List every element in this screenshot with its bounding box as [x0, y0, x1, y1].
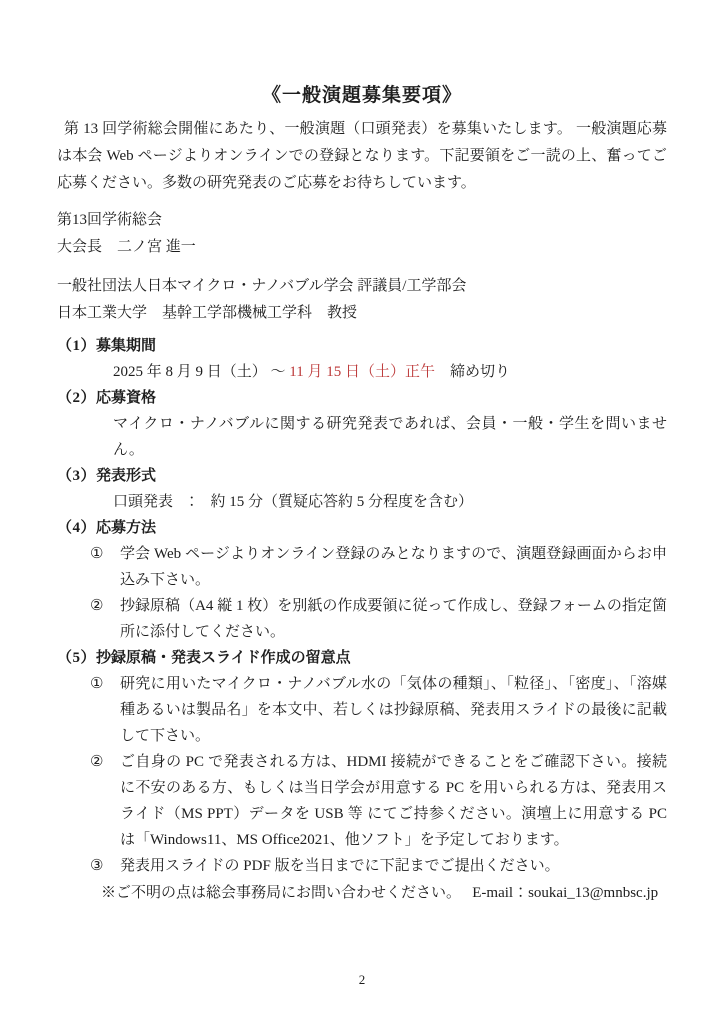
section-body: 2025 年 8 月 9 日（土） ～ 11 月 15 日（土）正午 締め切り [57, 359, 667, 385]
item-marker: ② [90, 749, 120, 853]
item-marker: ① [90, 541, 120, 593]
item-text: 研究に用いたマイクロ・ナノバブル水の「気体の種類」、「粒径」、「密度」、「溶媒種… [120, 671, 667, 749]
list-item: ② 抄録原稿（A4 縦 1 枚）を別紙の作成要領に従って作成し、登録フォームの指… [57, 593, 667, 645]
section-body: 口頭発表 ： 約 15 分（質疑応答約 5 分程度を含む） [57, 489, 667, 515]
section-application-method: （4）応募方法 ① 学会 Web ページよりオンライン登録のみとなりますので、演… [57, 515, 667, 645]
section-number: （1） [57, 338, 96, 354]
section-number: （5） [57, 650, 96, 666]
item-text: ご自身の PC で発表される方は、HDMI 接続ができることをご確認下さい。接続… [120, 749, 667, 853]
item-marker: ① [90, 671, 120, 749]
list-item: ① 学会 Web ページよりオンライン登録のみとなりますので、演題登録画面からお… [57, 541, 667, 593]
item-text: 学会 Web ページよりオンライン登録のみとなりますので、演題登録画面からお申込… [120, 541, 667, 593]
document-page: 《一般演題募集要項》 第 13 回学術総会開催にあたり、一般演題（口頭発表）を募… [0, 0, 724, 1024]
organizer-event: 第13回学術総会 [57, 207, 667, 234]
deadline-highlight: 11 月 15 日（土）正午 [289, 364, 435, 380]
list-item: ② ご自身の PC で発表される方は、HDMI 接続ができることをご確認下さい。… [57, 749, 667, 853]
organizer-block: 第13回学術総会 大会長 二ノ宮 進一 一般社団法人日本マイクロ・ナノバブル学会… [57, 207, 667, 327]
section-heading-label: 応募資格 [96, 390, 156, 406]
section-manuscript-notes: （5）抄録原稿・発表スライド作成の留意点 ① 研究に用いたマイクロ・ナノバブル水… [57, 645, 667, 879]
section-number: （4） [57, 520, 96, 536]
section-body: マイクロ・ナノバブルに関する研究発表であれば、会員・一般・学生を問いません。 [57, 411, 667, 463]
section-heading: （2）応募資格 [57, 385, 667, 411]
section-presentation-format: （3）発表形式 口頭発表 ： 約 15 分（質疑応答約 5 分程度を含む） [57, 463, 667, 515]
contact-note: ※ご不明の点は総会事務局にお問い合わせください。 E-mail：soukai_1… [57, 880, 667, 906]
deadline-suffix: 締め切り [435, 364, 510, 380]
section-number: （3） [57, 468, 96, 484]
item-text: 発表用スライドの PDF 版を当日までに下記までご提出ください。 [120, 853, 667, 879]
page-number: 2 [0, 972, 724, 988]
spacer [57, 261, 667, 273]
list-item: ① 研究に用いたマイクロ・ナノバブル水の「気体の種類」、「粒径」、「密度」、「溶… [57, 671, 667, 749]
sections-block: （1）募集期間 2025 年 8 月 9 日（土） ～ 11 月 15 日（土）… [57, 333, 667, 906]
section-heading: （4）応募方法 [57, 515, 667, 541]
section-heading: （3）発表形式 [57, 463, 667, 489]
section-heading-label: 発表形式 [96, 468, 156, 484]
period-start-text: 2025 年 8 月 9 日（土） ～ [113, 364, 289, 380]
section-heading-label: 抄録原稿・発表スライド作成の留意点 [96, 650, 351, 666]
item-text: 抄録原稿（A4 縦 1 枚）を別紙の作成要領に従って作成し、登録フォームの指定箇… [120, 593, 667, 645]
intro-paragraph: 第 13 回学術総会開催にあたり、一般演題（口頭発表）を募集いたします。 一般演… [57, 116, 667, 197]
section-application-period: （1）募集期間 2025 年 8 月 9 日（土） ～ 11 月 15 日（土）… [57, 333, 667, 385]
section-heading: （1）募集期間 [57, 333, 667, 359]
section-heading: （5）抄録原稿・発表スライド作成の留意点 [57, 645, 667, 671]
list-item: ③ 発表用スライドの PDF 版を当日までに下記までご提出ください。 [57, 853, 667, 879]
section-eligibility: （2）応募資格 マイクロ・ナノバブルに関する研究発表であれば、会員・一般・学生を… [57, 385, 667, 463]
section-heading-label: 募集期間 [96, 338, 156, 354]
section-number: （2） [57, 390, 96, 406]
organizer-affiliation-university: 日本工業大学 基幹工学部機械工学科 教授 [57, 300, 667, 327]
organizer-president: 大会長 二ノ宮 進一 [57, 234, 667, 261]
item-marker: ② [90, 593, 120, 645]
section-heading-label: 応募方法 [96, 520, 156, 536]
organizer-affiliation-society: 一般社団法人日本マイクロ・ナノバブル学会 評議員/工学部会 [57, 273, 667, 300]
item-marker: ③ [90, 853, 120, 879]
page-title: 《一般演題募集要項》 [57, 84, 667, 108]
